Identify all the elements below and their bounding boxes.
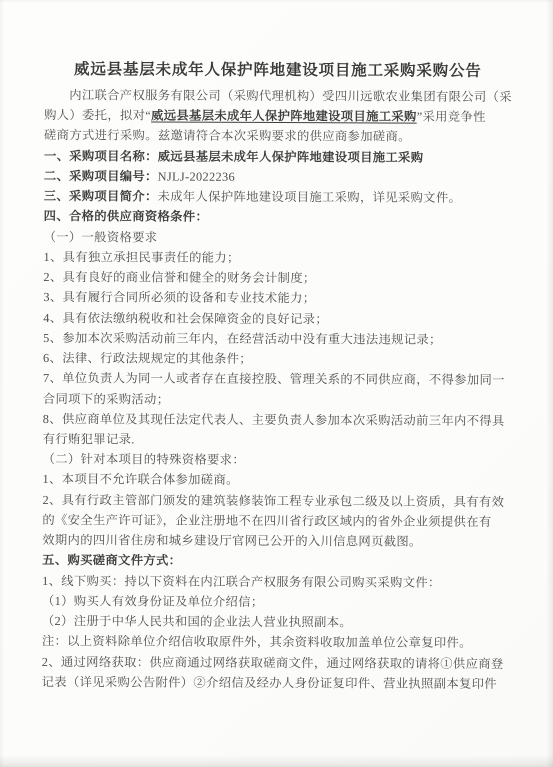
scan-edge-left — [0, 0, 4, 767]
document-body: 内江联合产权服务有限公司（采购代理机构）受四川远歌农业集团有限公司（采 购人）委… — [0, 85, 553, 694]
general-requirements-heading: （一）一般资格要求 — [44, 227, 553, 249]
general-item-3: 3、具有履行合同所必须的设备和专业技术能力； — [43, 287, 553, 309]
purchase-online-line-2: 记表（详见采购公告附件）②介绍信及经办人身份证复印件、营业执照副本复印件 — [42, 672, 552, 694]
scanned-document-page: 威远县基层未成年人保护阵地建设项目施工采购采购公告 内江联合产权服务有限公司（采… — [0, 0, 553, 767]
purchase-offline-req-2: （2）注册于中华人民共和国的企业法人营业执照副本。 — [42, 611, 552, 633]
special-requirements-heading: （二）针对本项目的特殊资格要求： — [43, 449, 553, 471]
intro-line-1: 内江联合产权服务有限公司（采购代理机构）受四川远歌农业集团有限公司（采 — [44, 85, 553, 107]
special-item-2-line-1: 2、具有行政主管部门颁发的建筑装修装饰工程专业承包二级及以上资质，具有有效 — [42, 490, 552, 512]
intro-line-3: 磋商方式进行采购。兹邀请符合本次采购要求的供应商参加磋商。 — [44, 125, 553, 147]
project-name-emphasis: 威远县基层未成年人保护阵地建设项目施工采购 — [151, 109, 417, 124]
purchase-note: 注：以上资料除单位介绍信收取原件外，其余资料收取加盖单位公章复印件。 — [42, 631, 552, 653]
scan-edge-right — [546, 0, 553, 767]
general-item-2: 2、具有良好的商业信誉和健全的财务会计制度； — [43, 267, 553, 289]
section-3-label: 三、采购项目简介： — [44, 189, 158, 203]
purchase-online-line-1: 2、通过网络获取：供应商通过网络获取磋商文件，通过网络获取的请将①供应商登 — [42, 652, 552, 674]
section-3-value: 未成年人保护阵地建设项目施工采购，详见采购文件。 — [158, 190, 462, 205]
general-item-5: 5、参加本次采购活动前三年内，在经营活动中没有重大违法违规记录； — [43, 328, 553, 350]
section-5-purchase-method: 五、购买磋商文件方式： — [42, 550, 552, 572]
document-title: 威远县基层未成年人保护阵地建设项目施工采购采购公告 — [1, 59, 553, 83]
scan-edge-bottom — [0, 755, 553, 767]
general-item-8-line-1: 8、供应商单位及其现任法定代表人、主要负责人参加本次采购活动前三年内不得具 — [43, 409, 553, 431]
general-item-7-line-1: 7、单位负责人为同一人或者存在直接控股、管理关系的不同供应商，不得参加同一 — [43, 368, 553, 390]
section-2-label: 二、采购项目编号： — [44, 169, 158, 183]
section-1-value: 威远县基层未成年人保护阵地建设项目施工采购 — [158, 149, 424, 164]
scan-edge-top — [0, 0, 553, 3]
document-content: 威远县基层未成年人保护阵地建设项目施工采购采购公告 内江联合产权服务有限公司（采… — [0, 59, 553, 694]
section-4-supplier-qualifications: 四、合格的供应商资格条件： — [44, 206, 553, 228]
special-item-2-line-2: 的《安全生产许可证》，企业注册地不在四川省行政区域内的省外企业须提供在有 — [42, 510, 552, 532]
section-2-value: NJLJ-2022236 — [158, 169, 235, 183]
purchase-offline-line: 1、线下购买：持以下资料在内江联合产权服务有限公司购买采购文件： — [42, 571, 552, 593]
section-3-project-brief: 三、采购项目简介：未成年人保护阵地建设项目施工采购，详见采购文件。 — [44, 186, 553, 208]
purchase-offline-req-1: （1）购买人有效身份证及单位介绍信； — [42, 591, 552, 613]
general-item-1: 1、具有独立承担民事责任的能力； — [43, 247, 553, 269]
intro-line-2-post: ”采用竞争性 — [417, 110, 486, 124]
special-item-2-line-3: 效期内的四川省住房和城乡建设厅官网已公开的入川信息网页截图。 — [42, 530, 552, 552]
general-item-7-line-2: 合同项下的采购活动； — [43, 388, 553, 410]
intro-line-2-pre: 购人）委托，拟对“ — [44, 108, 151, 122]
section-1-label: 一、采购项目名称： — [44, 149, 158, 163]
general-item-4: 4、具有依法缴纳税收和社会保障资金的良好记录； — [43, 308, 553, 330]
general-item-6: 6、法律、行政法规规定的其他条件； — [43, 348, 553, 370]
section-2-project-number: 二、采购项目编号：NJLJ-2022236 — [44, 166, 553, 188]
general-item-8-line-2: 有行贿犯罪记录. — [43, 429, 553, 451]
intro-line-2: 购人）委托，拟对“威远县基层未成年人保护阵地建设项目施工采购”采用竞争性 — [44, 105, 553, 127]
special-item-1: 1、本项目不允许联合体参加磋商。 — [43, 469, 553, 491]
section-1-project-name: 一、采购项目名称：威远县基层未成年人保护阵地建设项目施工采购 — [44, 146, 553, 168]
